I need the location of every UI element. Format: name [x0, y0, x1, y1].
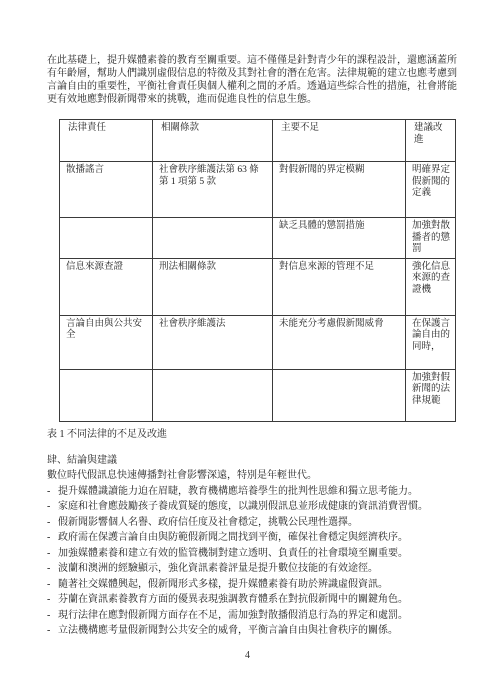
table-cell: 刑法相關條款 [153, 258, 273, 315]
bullet-marker: - [47, 592, 58, 608]
table-cell: 未能充分考慮假新聞威脅 [273, 315, 406, 369]
table-header-cell: 主要不足 [273, 120, 406, 162]
table-cell: 對信息來源的管理不足 [273, 258, 406, 315]
table-header-cell: 法律責任 [60, 120, 153, 162]
table-header-cell: 建議改進 [406, 120, 456, 162]
bullet-text: 提升媒體識讀能力迫在眉睫，教育機構應培養學生的批判性思維和獨立思考能力。 [58, 484, 457, 500]
table-cell: 在保護言論自由的同時， [406, 315, 456, 369]
table-cell: 社會秩序維護法第 63 條第 1 項第 5 款 [153, 162, 273, 218]
conclusion-intro: 數位時代假訊息快速傳播對社會影響深遠，特別是年輕世代。 [47, 468, 457, 484]
table-cell: 言論自由與公共安全 [60, 315, 153, 369]
legal-table: 法律責任 相關條款 主要不足 建議改進 散播謠言 社會秩序維護法第 63 條第 … [59, 119, 456, 422]
bullet-item: - 政府需在保護言論自由與防範假新聞之間找到平衡，確保社會穩定與經濟秩序。 [47, 530, 457, 546]
table-row: 加強對假新聞的法律規範 [60, 369, 456, 421]
page-number: 4 [0, 650, 495, 661]
bullet-marker: - [47, 561, 58, 577]
table-cell: 加強對假新聞的法律規範 [406, 369, 456, 421]
table-cell [273, 369, 406, 421]
intro-paragraph: 在此基礎上，提升媒體素養的教育至關重要。這不僅僅是針對青少年的課程設計，還應涵蓋… [47, 54, 457, 106]
bullet-item: - 假新聞影響個人名譽、政府信任度及社會穩定，挑戰公民理性選擇。 [47, 515, 457, 531]
document-page: 在此基礎上，提升媒體素養的教育至關重要。這不僅僅是針對青少年的課程設計，還應涵蓋… [0, 0, 495, 700]
table-cell: 缺乏具體的懲罰措施 [273, 218, 406, 259]
bullet-item: - 波蘭和澳洲的經驗顯示，強化資訊素養評量是提升數位技能的有效途徑。 [47, 561, 457, 577]
bullet-marker: - [47, 577, 58, 593]
table-cell: 散播謠言 [60, 162, 153, 218]
bullet-item: - 家庭和社會應鼓勵孩子養成質疑的態度，以識別假訊息並形成健康的資訊消費習慣。 [47, 499, 457, 515]
table-cell: 對假新聞的界定模糊 [273, 162, 406, 218]
table-row: 言論自由與公共安全 社會秩序維護法 未能充分考慮假新聞威脅 在保護言論自由的同時… [60, 315, 456, 369]
bullet-marker: - [47, 608, 58, 624]
table-caption: 表 1 不同法律的不足及改進 [47, 428, 457, 441]
table-header-row: 法律責任 相關條款 主要不足 建議改進 [60, 120, 456, 162]
bullet-text: 現行法律在應對假新聞方面存在不足，需加強對散播假消息行為的界定和處罰。 [58, 608, 457, 624]
bullet-marker: - [47, 623, 58, 639]
bullet-text: 芬蘭在資訊素養教育方面的優異表現強調教育體系在對抗假新聞中的關鍵角色。 [58, 592, 457, 608]
table-cell [60, 218, 153, 259]
bullet-marker: - [47, 484, 58, 500]
table-cell [153, 218, 273, 259]
table-cell: 加強對散播者的懲罰 [406, 218, 456, 259]
bullet-item: - 現行法律在應對假新聞方面存在不足，需加強對散播假消息行為的界定和處罰。 [47, 608, 457, 624]
bullet-item: - 提升媒體識讀能力迫在眉睫，教育機構應培養學生的批判性思維和獨立思考能力。 [47, 484, 457, 500]
table-header-cell: 相關條款 [153, 120, 273, 162]
bullet-item: - 芬蘭在資訊素養教育方面的優異表現強調教育體系在對抗假新聞中的關鍵角色。 [47, 592, 457, 608]
bullet-text: 立法機構應考量假新聞對公共安全的威脅，平衡言論自由與社會秩序的關係。 [58, 623, 457, 639]
bullet-text: 隨著社交媒體興起，假新聞形式多樣，提升媒體素養有助於辨識虛假資訊。 [58, 577, 457, 593]
table-row: 信息來源查證 刑法相關條款 對信息來源的管理不足 強化信息來源的查證機 [60, 258, 456, 315]
bullet-text: 家庭和社會應鼓勵孩子養成質疑的態度，以識別假訊息並形成健康的資訊消費習慣。 [58, 499, 457, 515]
table-cell: 社會秩序維護法 [153, 315, 273, 369]
bullet-marker: - [47, 546, 58, 562]
bullet-text: 加強媒體素養和建立有效的監管機制對建立透明、負責任的社會環境至關重要。 [58, 546, 457, 562]
table-cell: 強化信息來源的查證機 [406, 258, 456, 315]
table-cell: 明確界定假新聞的定義 [406, 162, 456, 218]
bullet-text: 政府需在保護言論自由與防範假新聞之間找到平衡，確保社會穩定與經濟秩序。 [58, 530, 457, 546]
table-cell [153, 369, 273, 421]
table-row: 缺乏具體的懲罰措施 加強對散播者的懲罰 [60, 218, 456, 259]
bullet-text: 波蘭和澳洲的經驗顯示，強化資訊素養評量是提升數位技能的有效途徑。 [58, 561, 457, 577]
conclusion-heading: 肆、結論與建議 [47, 453, 457, 469]
bullet-item: - 立法機構應考量假新聞對公共安全的威脅，平衡言論自由與社會秩序的關係。 [47, 623, 457, 639]
bullet-item: - 隨著社交媒體興起，假新聞形式多樣，提升媒體素養有助於辨識虛假資訊。 [47, 577, 457, 593]
bullet-marker: - [47, 499, 58, 515]
table-cell: 信息來源查證 [60, 258, 153, 315]
bullet-text: 假新聞影響個人名譽、政府信任度及社會穩定，挑戰公民理性選擇。 [58, 515, 457, 531]
bullet-marker: - [47, 530, 58, 546]
bullet-marker: - [47, 515, 58, 531]
bullet-item: - 加強媒體素養和建立有效的監管機制對建立透明、負責任的社會環境至關重要。 [47, 546, 457, 562]
conclusion-section: 肆、結論與建議 數位時代假訊息快速傳播對社會影響深遠，特別是年輕世代。 - 提升… [47, 453, 457, 639]
table-row: 散播謠言 社會秩序維護法第 63 條第 1 項第 5 款 對假新聞的界定模糊 明… [60, 162, 456, 218]
bullet-list: - 提升媒體識讀能力迫在眉睫，教育機構應培養學生的批判性思維和獨立思考能力。 -… [47, 484, 457, 639]
table-cell [60, 369, 153, 421]
